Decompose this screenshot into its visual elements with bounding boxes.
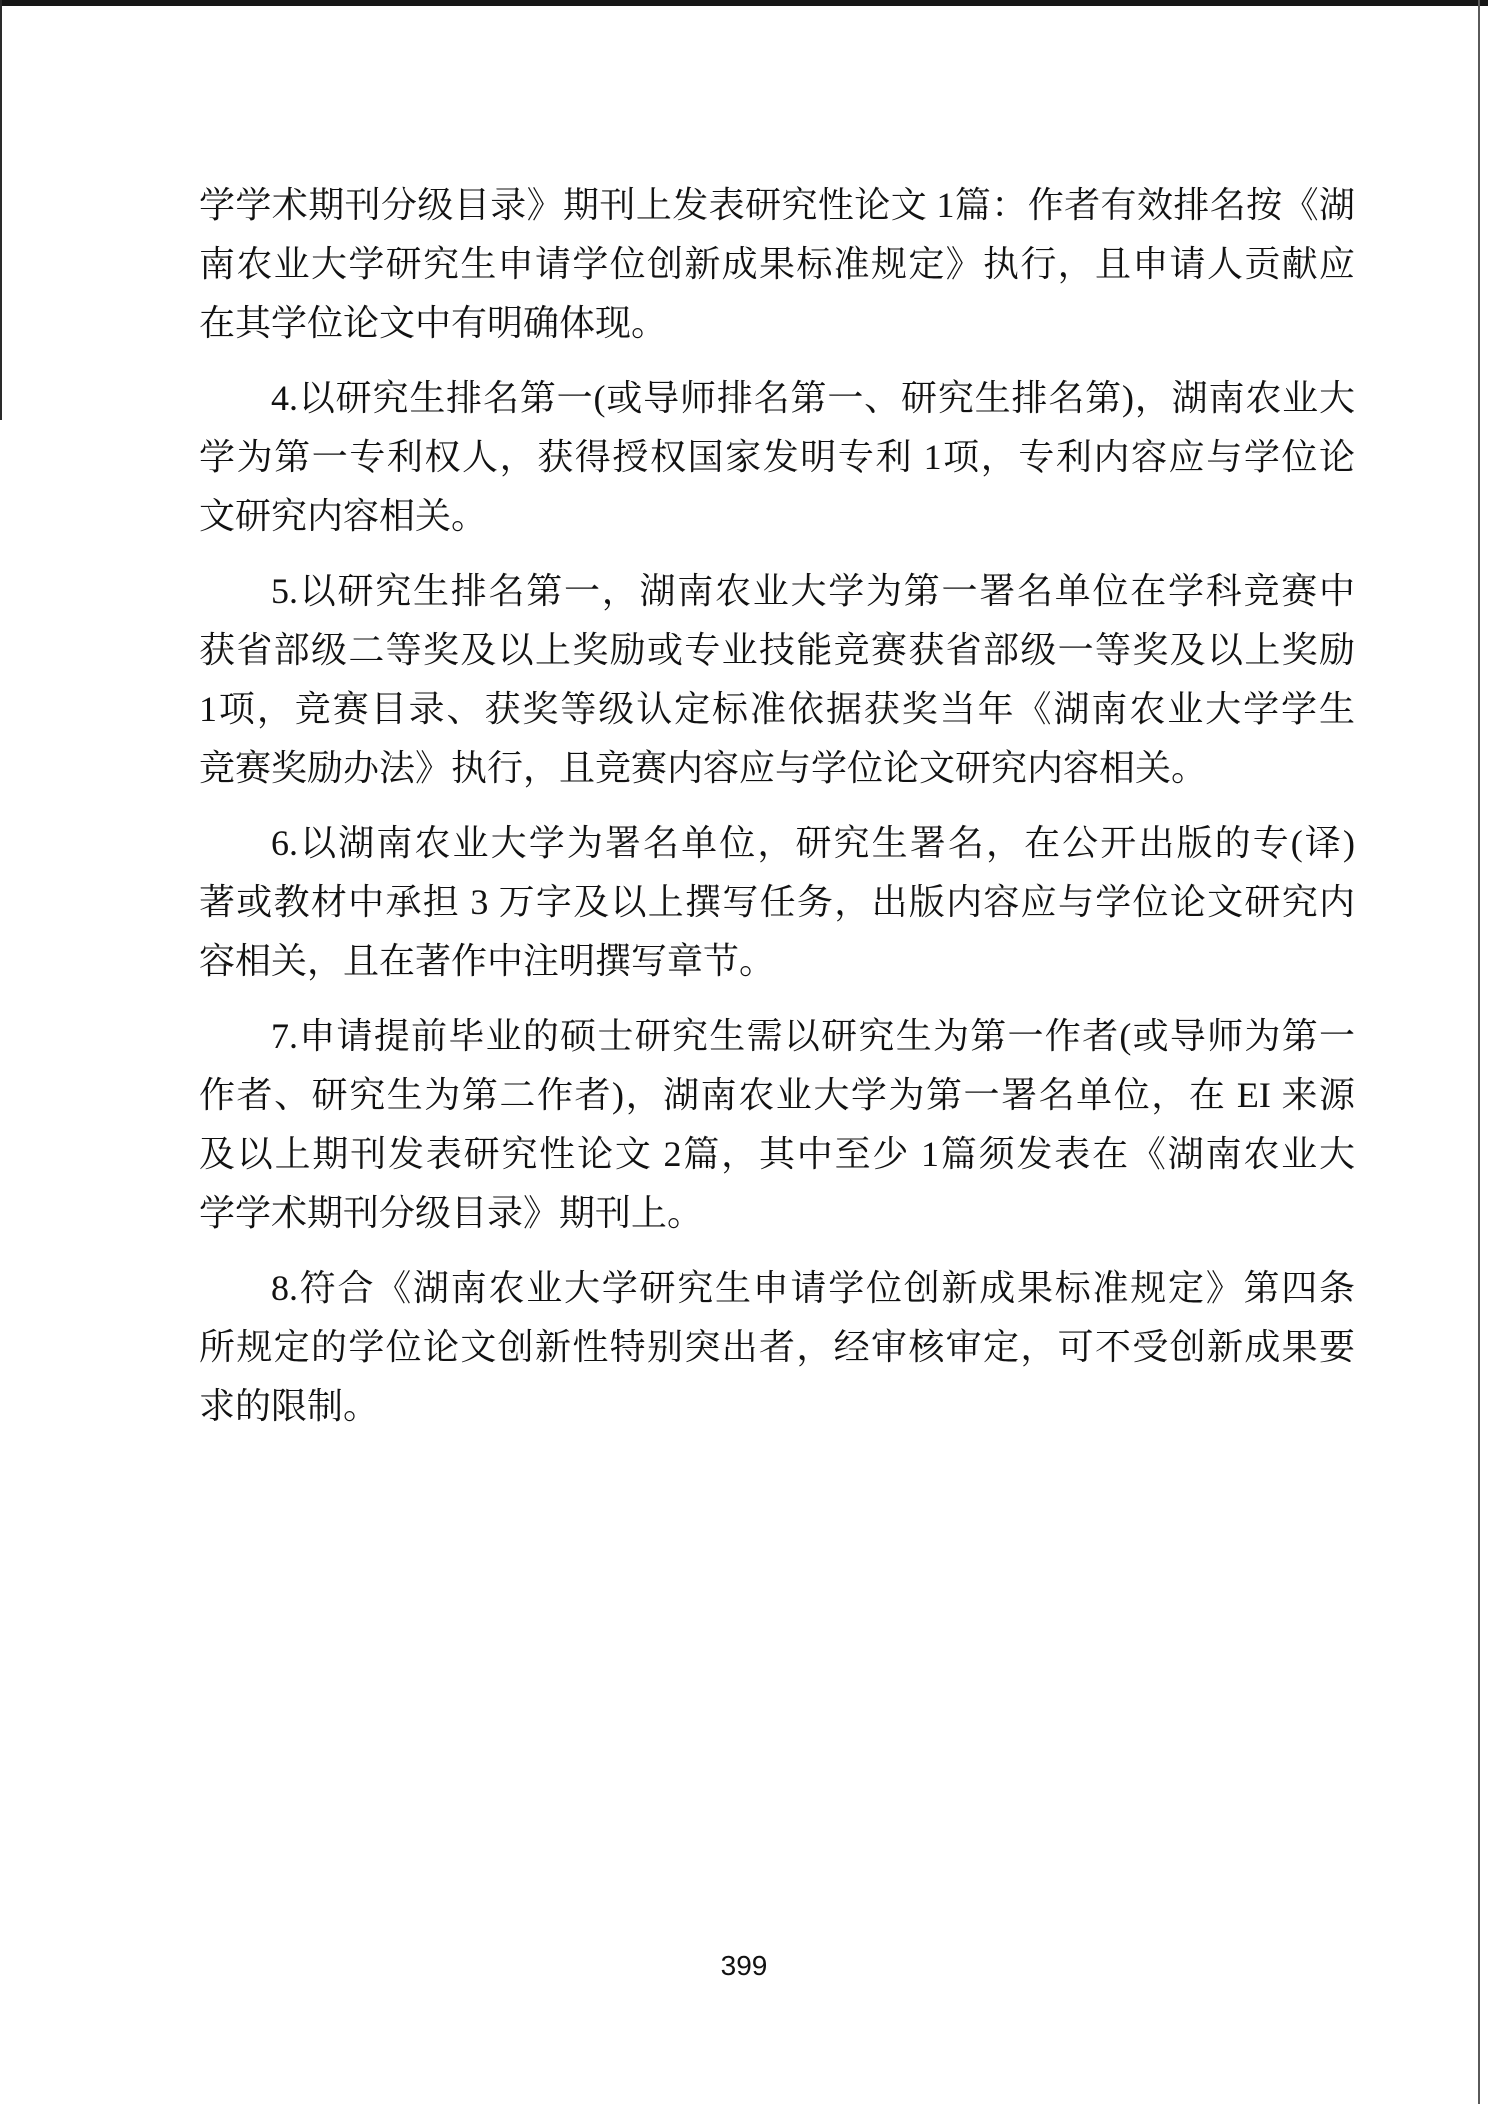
- text-line-item-8: 8.符合《湖南农业大学研究生申请学位创新成果标准规定》第四条: [199, 1259, 1355, 1318]
- text-line: 学为第一专利权人，获得授权国家发明专利 1项，专利内容应与学位论: [199, 428, 1355, 487]
- text-line-item-7: 7.申请提前毕业的硕士研究生需以研究生为第一作者(或导师为第一: [199, 1007, 1355, 1066]
- text-line: 文研究内容相关。: [199, 487, 1355, 546]
- text-line: 1项，竞赛目录、获奖等级认定标准依据获奖当年《湖南农业大学学生: [199, 680, 1355, 739]
- text-line: 学学术期刊分级目录》期刊上发表研究性论文 1篇：作者有效排名按《湖: [199, 176, 1355, 235]
- page-number: 399: [0, 1950, 1488, 1982]
- text-line: 及以上期刊发表研究性论文 2篇，其中至少 1篇须发表在《湖南农业大: [199, 1125, 1355, 1184]
- text-line: 求的限制。: [199, 1377, 1355, 1436]
- document-body: 学学术期刊分级目录》期刊上发表研究性论文 1篇：作者有效排名按《湖 南农业大学研…: [199, 176, 1355, 1436]
- page-top-border: [0, 0, 1488, 6]
- text-line: 学学术期刊分级目录》期刊上。: [199, 1184, 1355, 1243]
- text-line: 作者、研究生为第二作者)，湖南农业大学为第一署名单位，在 EI 来源: [199, 1066, 1355, 1125]
- text-line: 所规定的学位论文创新性特别突出者，经审核审定，可不受创新成果要: [199, 1318, 1355, 1377]
- page-left-border: [0, 0, 2, 420]
- text-line: 在其学位论文中有明确体现。: [199, 294, 1355, 353]
- text-line-item-6: 6.以湖南农业大学为署名单位，研究生署名，在公开出版的专(译): [199, 814, 1355, 873]
- text-line-item-4: 4.以研究生排名第一(或导师排名第一、研究生排名第)，湖南农业大: [199, 369, 1355, 428]
- text-line: 竞赛奖励办法》执行，且竞赛内容应与学位论文研究内容相关。: [199, 739, 1355, 798]
- text-line: 南农业大学研究生申请学位创新成果标准规定》执行，且申请人贡献应: [199, 235, 1355, 294]
- text-line: 获省部级二等奖及以上奖励或专业技能竞赛获省部级一等奖及以上奖励: [199, 621, 1355, 680]
- document-page: 学学术期刊分级目录》期刊上发表研究性论文 1篇：作者有效排名按《湖 南农业大学研…: [0, 0, 1488, 2104]
- text-line: 著或教材中承担 3 万字及以上撰写任务，出版内容应与学位论文研究内: [199, 873, 1355, 932]
- text-line: 容相关，且在著作中注明撰写章节。: [199, 932, 1355, 991]
- page-right-border: [1478, 0, 1480, 2104]
- text-line-item-5: 5.以研究生排名第一，湖南农业大学为第一署名单位在学科竞赛中: [199, 562, 1355, 621]
